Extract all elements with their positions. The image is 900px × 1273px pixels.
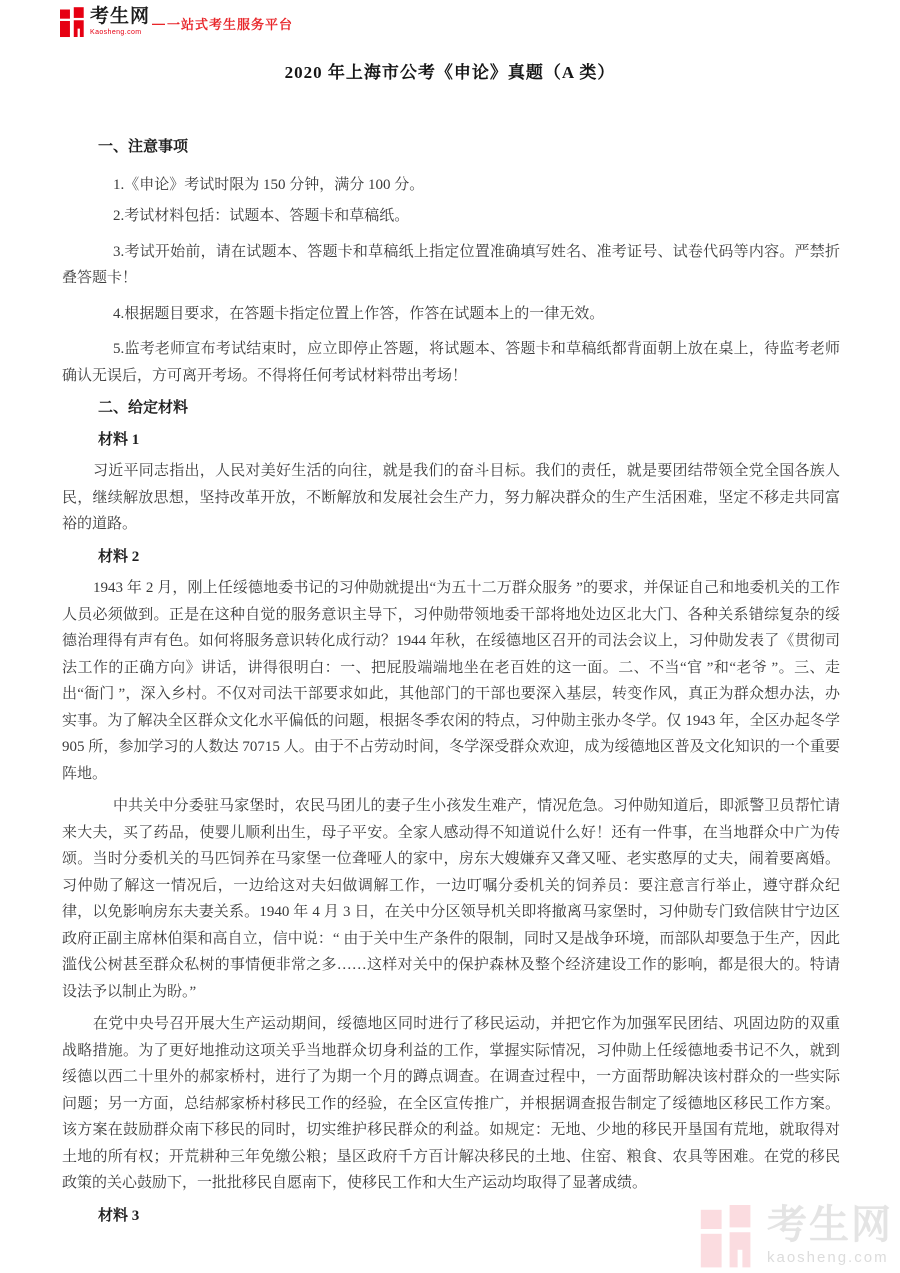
notice-item-4: 4.根据题目要求，在答题卡指定位置上作答，作答在试题本上的一律无效。 bbox=[62, 301, 840, 328]
material-2-paragraph-2: 中共关中分委驻马家堡时，农民马团儿的妻子生小孩发生难产，情况危急。习仲勋知道后，… bbox=[62, 793, 840, 1005]
watermark-text: 考生网 bbox=[767, 1205, 893, 1245]
logo-text: 考生网 bbox=[90, 7, 150, 26]
section-heading-notice: 一、注意事项 bbox=[62, 134, 840, 161]
material-1-paragraph: 习近平同志指出，人民对美好生活的向往，就是我们的奋斗目标。我们的责任，就是要团结… bbox=[62, 458, 840, 538]
notice-item-3: 3.考试开始前，请在试题本、答题卡和草稿纸上指定位置准确填写姓名、准考证号、试卷… bbox=[62, 239, 840, 292]
notice-item-5: 5.监考老师宣布考试结束时，应立即停止答题，将试题本、答题卡和草稿纸都背面朝上放… bbox=[62, 336, 840, 389]
kaosheng-watermark: 考生网 kaosheng.com bbox=[698, 1205, 893, 1269]
site-header: 考生网 Kaosheng.com — 一站式考生服务平台 bbox=[60, 7, 293, 38]
brand-tagline: — 一站式考生服务平台 bbox=[152, 14, 293, 38]
material-2-paragraph-1: 1943 年 2 月，刚上任绥德地委书记的习仲勋就提出“为五十二万群众服务 ”的… bbox=[62, 575, 840, 787]
watermark-domain: kaosheng.com bbox=[767, 1250, 893, 1265]
kaosheng-logo-icon bbox=[60, 7, 86, 38]
watermark-logo-icon bbox=[698, 1205, 758, 1269]
notice-item-2: 2.考试材料包括：试题本、答题卡和草稿纸。 bbox=[62, 203, 840, 230]
logo-domain: Kaosheng.com bbox=[90, 29, 150, 36]
material-2-paragraph-3: 在党中央号召开展大生产运动期间，绥德地区同时进行了移民运动，并把它作为加强军民团… bbox=[62, 1011, 840, 1197]
document-content: 一、注意事项 1.《申论》考试时限为 150 分钟，满分 100 分。 2.考试… bbox=[62, 134, 840, 1234]
kaosheng-logo: 考生网 Kaosheng.com bbox=[60, 7, 150, 38]
material-1-heading: 材料 1 bbox=[62, 427, 840, 454]
tagline-text: 一站式考生服务平台 bbox=[167, 14, 293, 33]
material-2-heading: 材料 2 bbox=[62, 544, 840, 571]
document-page: 考生网 Kaosheng.com — 一站式考生服务平台 2020 年上海市公考… bbox=[0, 0, 900, 1273]
tagline-dash-icon: — bbox=[152, 16, 166, 31]
document-title: 2020 年上海市公考《申论》真题（A 类） bbox=[0, 58, 900, 83]
section-heading-materials: 二、给定材料 bbox=[62, 395, 840, 422]
notice-item-1: 1.《申论》考试时限为 150 分钟，满分 100 分。 bbox=[62, 172, 840, 199]
